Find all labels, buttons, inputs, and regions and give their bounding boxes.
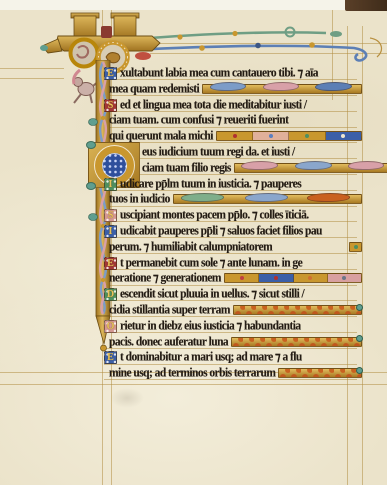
text-line-5: qui querunt mala michi bbox=[104, 129, 362, 145]
versal-initial: E bbox=[104, 351, 117, 364]
line-text: escendit sicut pluuia in uellus. ⁊ sicut… bbox=[120, 287, 304, 302]
text-line-18: pacis. donec auferatur luna bbox=[104, 335, 362, 351]
filler-segment bbox=[217, 132, 253, 140]
line-text: perum. ⁊ humiliabit calumpniatorem bbox=[109, 240, 272, 255]
line-filler-creatures bbox=[234, 163, 387, 173]
line-text: xultabunt labia mea cum cantauero tibi. … bbox=[120, 66, 318, 81]
versal-initial: S bbox=[104, 99, 117, 112]
filler-segment bbox=[328, 274, 361, 282]
text-line-16: cidia stillantia super terram bbox=[104, 303, 362, 319]
line-text: udicare pp̄lm tuum in iusticia. ⁊ pauper… bbox=[120, 177, 301, 192]
text-line-3: Sed et lingua mea tota die meditabitur i… bbox=[104, 98, 357, 114]
line-text: qui querunt mala michi bbox=[109, 129, 213, 144]
filler-creature bbox=[315, 82, 351, 91]
photo-corner-patch bbox=[345, 0, 387, 11]
text-line-19: Et dominabitur a mari usq; ad mare ⁊ a f… bbox=[104, 350, 357, 366]
manuscript-page: D Exultabunt labia mea cum cantauero tib… bbox=[0, 0, 387, 485]
filler-creature bbox=[245, 193, 288, 202]
line-filler-vine bbox=[233, 305, 362, 315]
text-line-6: eus iudicium tuum regi da. et iusti / bbox=[104, 145, 387, 161]
line-text: t dominabitur a mari usq; ad mare ⁊ a fl… bbox=[120, 350, 302, 365]
filler-segment bbox=[294, 274, 328, 282]
line-text: ciam tuam filio regis bbox=[142, 161, 231, 176]
line-text: ed et lingua mea tota die meditabitur iu… bbox=[120, 98, 307, 113]
versal-initial: E bbox=[104, 257, 117, 270]
text-line-12: perum. ⁊ humiliabit calumpniatorem bbox=[104, 240, 362, 256]
line-filler-vine bbox=[231, 337, 362, 347]
text-block: Exultabunt labia mea cum cantauero tibi.… bbox=[0, 0, 387, 485]
vine-end-dot bbox=[356, 304, 363, 311]
line-filler-square bbox=[349, 242, 362, 252]
text-line-8: Iudicare pp̄lm tuum in iusticia. ⁊ paupe… bbox=[104, 177, 357, 193]
line-text: uscipiant montes pacem pp̄lo. ⁊ colles ī… bbox=[120, 208, 309, 223]
filler-segment bbox=[289, 132, 325, 140]
line-text: ciam tuam. cum confusi ⁊ reueriti fuerin… bbox=[109, 113, 288, 128]
line-filler-creatures bbox=[202, 84, 362, 94]
versal-initial: S bbox=[104, 209, 117, 222]
line-text: neratione ⁊ generationem bbox=[109, 271, 221, 286]
text-line-14: neratione ⁊ generationem bbox=[104, 271, 362, 287]
versal-initial: E bbox=[104, 67, 117, 80]
line-filler-segments bbox=[216, 131, 362, 141]
text-line-13: Et permanebit cum sole ⁊ ante lunam. in … bbox=[104, 256, 357, 272]
versal-initial: I bbox=[104, 178, 117, 191]
vine-end-dot bbox=[356, 367, 363, 374]
versal-initial: D bbox=[104, 288, 117, 301]
text-line-10: Suscipiant montes pacem pp̄lo. ⁊ colles … bbox=[104, 208, 357, 224]
filler-creature bbox=[181, 193, 224, 202]
versal-initial: I bbox=[104, 225, 117, 238]
line-text: eus iudicium tuum regi da. et iusti / bbox=[142, 145, 295, 160]
versal-initial: O bbox=[104, 320, 117, 333]
filler-segment bbox=[253, 132, 289, 140]
top-margin-strip bbox=[0, 0, 387, 10]
text-line-2: mea quam redemisti bbox=[104, 82, 362, 98]
vine-end-dot bbox=[356, 335, 363, 342]
filler-segment bbox=[259, 274, 293, 282]
filler-creature bbox=[210, 82, 246, 91]
line-text: mine usq; ad terminos orbis terrarum bbox=[109, 366, 275, 381]
filler-creature bbox=[263, 82, 299, 91]
text-line-20: mine usq; ad terminos orbis terrarum bbox=[104, 366, 362, 382]
line-text: tuos in iudicio bbox=[109, 192, 170, 207]
text-line-1: Exultabunt labia mea cum cantauero tibi.… bbox=[104, 66, 357, 82]
text-line-11: Iudicabit pauperes pp̄li ⁊ saluos faciet… bbox=[104, 224, 357, 240]
text-line-7: ciam tuam filio regis bbox=[104, 161, 387, 177]
filler-creature bbox=[241, 161, 278, 170]
filler-segment bbox=[225, 274, 259, 282]
line-text: pacis. donec auferatur luna bbox=[109, 335, 228, 350]
line-text: cidia stillantia super terram bbox=[109, 303, 230, 318]
line-text: mea quam redemisti bbox=[109, 82, 199, 97]
filler-segment bbox=[350, 243, 361, 251]
line-filler-segments bbox=[224, 273, 362, 283]
line-text: t permanebit cum sole ⁊ ante lunam. in g… bbox=[120, 256, 302, 271]
filler-creature bbox=[348, 161, 385, 170]
line-text: rietur in diebz eius iusticia ⁊ habundan… bbox=[120, 319, 301, 334]
filler-segment bbox=[326, 132, 361, 140]
line-filler-creatures bbox=[173, 194, 362, 204]
filler-creature bbox=[307, 193, 350, 202]
text-line-15: Descendit sicut pluuia in uellus. ⁊ sicu… bbox=[104, 287, 357, 303]
text-line-17: Orietur in diebz eius iusticia ⁊ habunda… bbox=[104, 319, 357, 335]
filler-creature bbox=[295, 161, 332, 170]
text-line-4: ciam tuam. cum confusi ⁊ reueriti fuerin… bbox=[104, 113, 362, 129]
text-line-9: tuos in iudicio bbox=[104, 192, 362, 208]
line-text: udicabit pauperes pp̄li ⁊ saluos faciet … bbox=[120, 224, 322, 239]
line-filler-vine bbox=[278, 368, 362, 378]
